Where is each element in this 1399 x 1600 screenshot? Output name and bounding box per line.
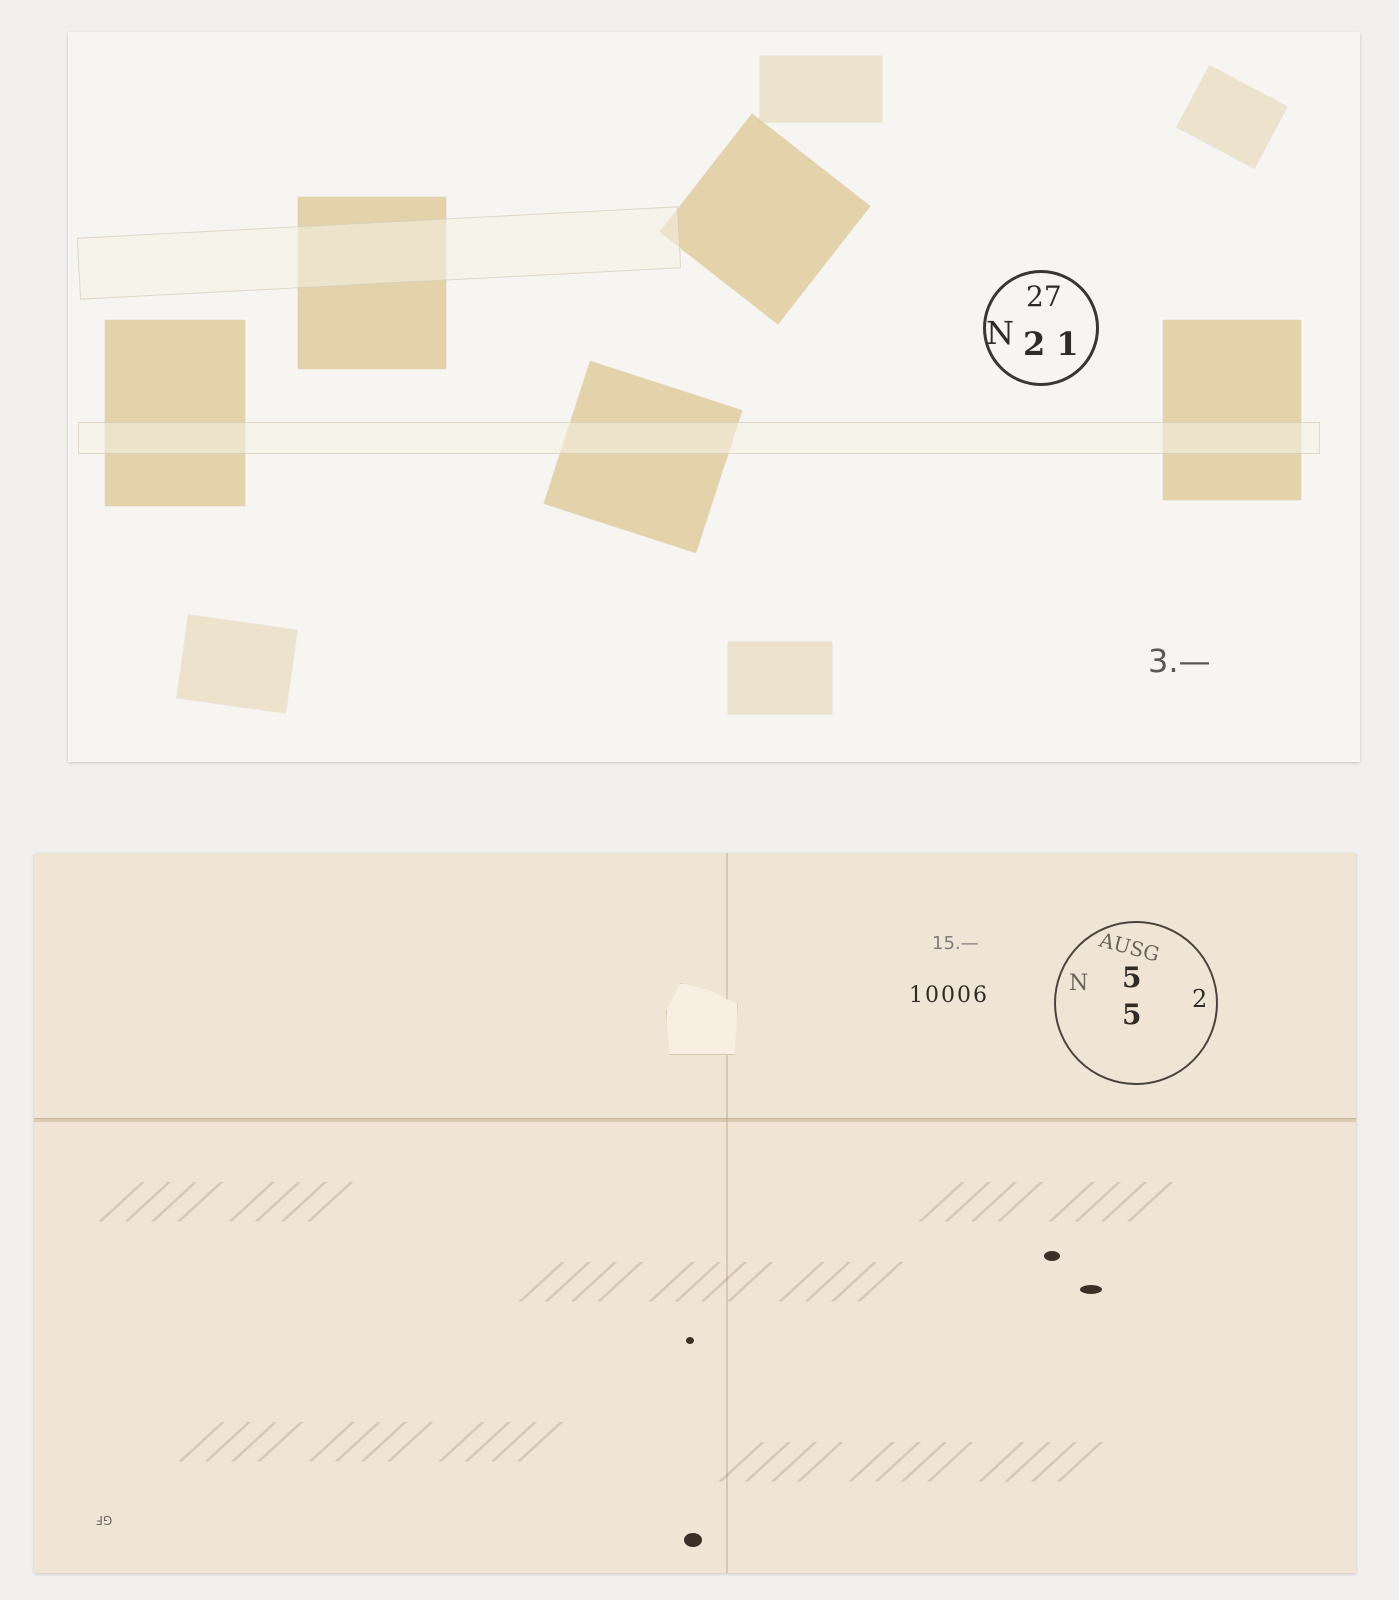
ink-blot	[684, 1533, 702, 1547]
tape-strip	[1163, 320, 1301, 500]
postmark-day: 27	[1026, 280, 1062, 313]
bleed-through-writing: //// //// ////	[178, 1413, 575, 1469]
postmark-month: 2 1	[1023, 325, 1079, 363]
glassine-hinge	[78, 422, 1320, 454]
corner-mark: GF	[96, 1513, 112, 1527]
postmark-prefix: N	[986, 314, 1014, 352]
tape-strip	[660, 114, 871, 325]
bleed-through-writing: //// //// ////	[718, 1433, 1115, 1489]
tape-strip	[544, 361, 743, 553]
inventory-number: 10006	[909, 983, 989, 1008]
pencil-note: 3.—	[1148, 642, 1211, 680]
ink-blot	[1080, 1285, 1102, 1294]
tape-strip	[728, 642, 832, 714]
tape-strip	[760, 56, 882, 122]
pencil-note: 15.—	[932, 933, 979, 954]
tape-strip	[1177, 65, 1288, 168]
ink-blot	[1044, 1251, 1060, 1261]
postmark-day: 5	[1122, 961, 1141, 994]
bleed-through-writing: //// ////	[98, 1173, 365, 1229]
bleed-through-writing: //// ////	[918, 1173, 1185, 1229]
postmark-month: 5	[1122, 998, 1141, 1031]
tape-strip	[177, 615, 298, 713]
center-fold	[726, 853, 728, 1573]
tape-strip	[105, 320, 245, 506]
flap-edge	[34, 1118, 1356, 1122]
postmark-prefix: N	[1069, 971, 1088, 996]
postmark-hour: 2	[1192, 985, 1207, 1013]
ink-blot	[686, 1337, 694, 1344]
top-envelope: N 27 2 1 3.—	[68, 32, 1360, 762]
bottom-envelope: //// //// //// //// //// //// //// //// …	[34, 853, 1356, 1573]
bleed-through-writing: //// //// ////	[518, 1253, 915, 1309]
